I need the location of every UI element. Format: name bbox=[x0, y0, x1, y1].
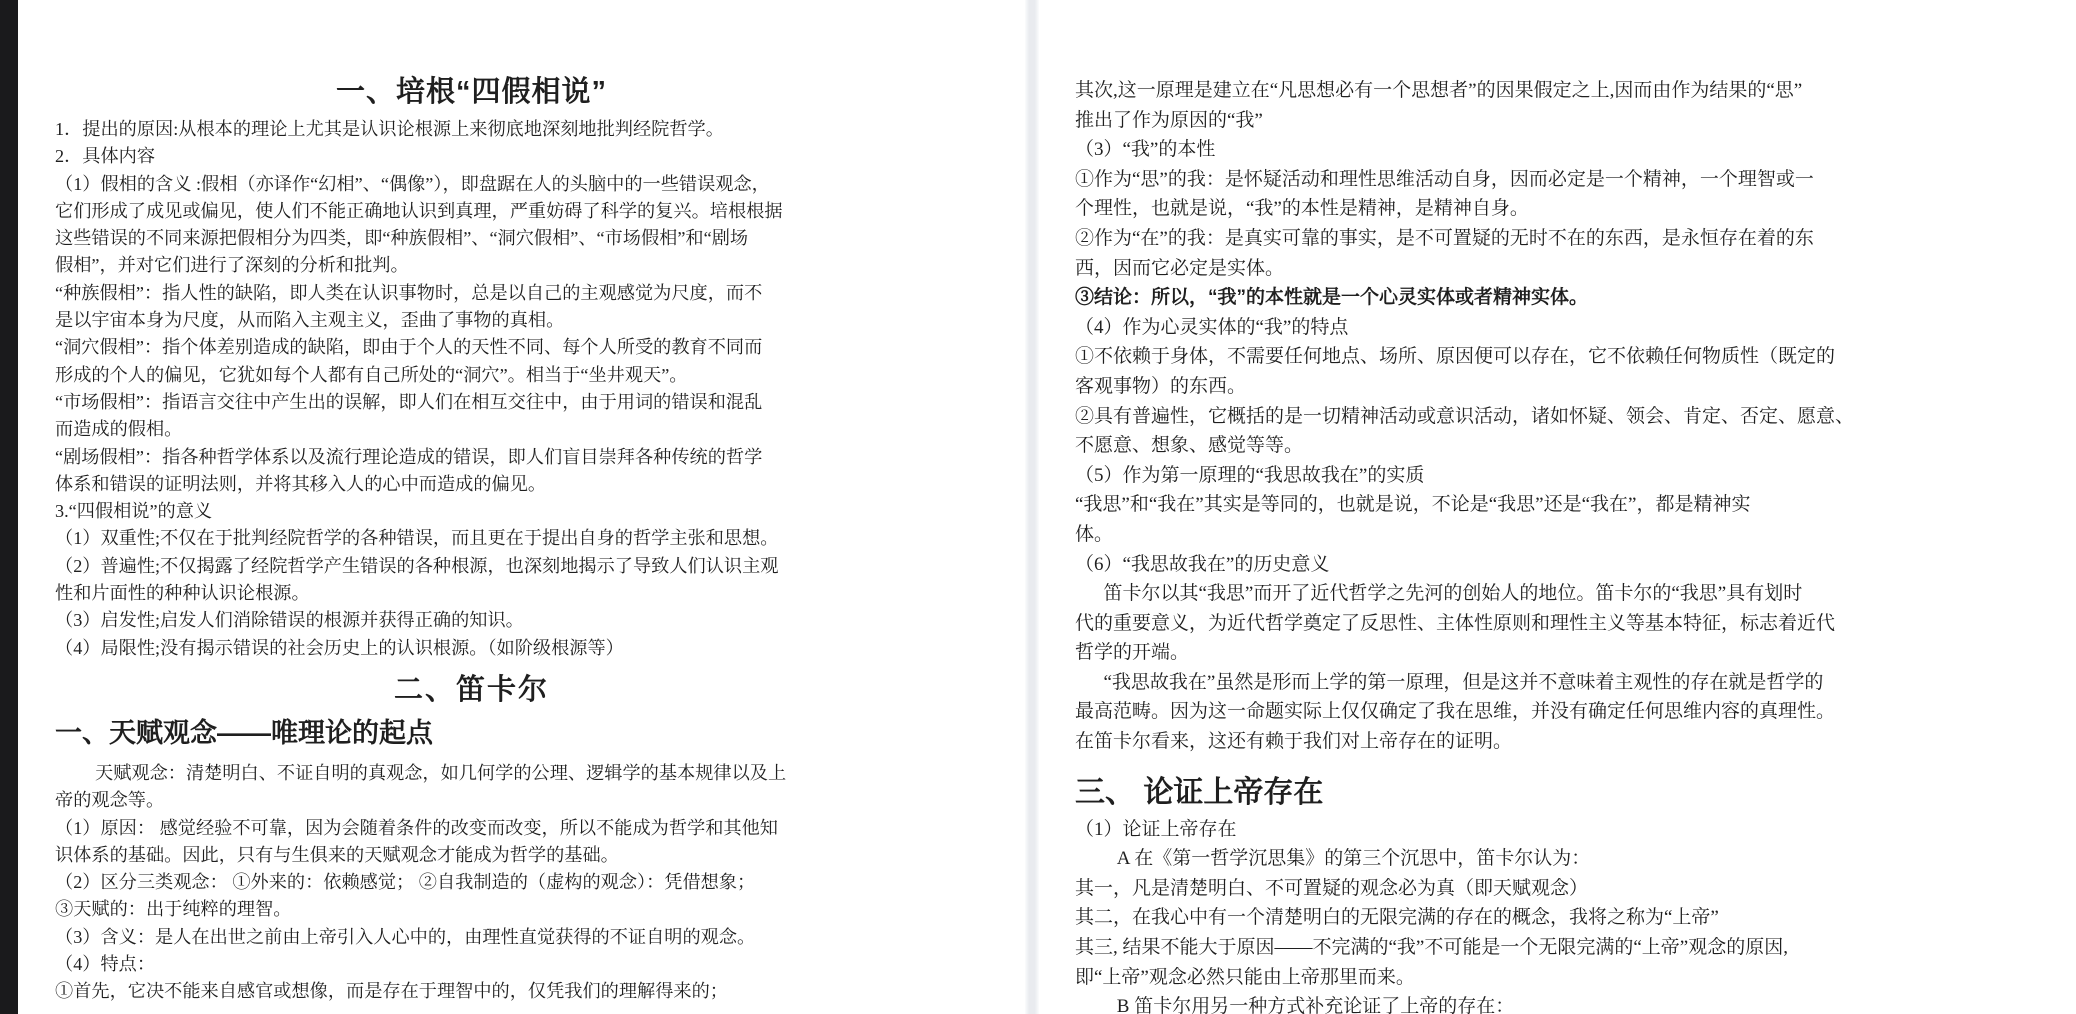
text-line: 形成的个人的偏见，它犹如每个人都有自己所处的“洞穴”。相当于“坐井观天”。 bbox=[55, 362, 888, 389]
text-line: 是以宇宙本身为尺度，从而陷入主观主义，歪曲了事物的真相。 bbox=[55, 307, 888, 334]
text-line: 不愿意、想象、感觉等等。 bbox=[1075, 431, 2048, 461]
text-line: 最高范畴。因为这一命题实际上仅仅确定了我在思维，并没有确定任何思维内容的真理性。 bbox=[1075, 697, 2048, 727]
subsection-heading-innate-ideas: 一、天赋观念——唯理论的起点 bbox=[55, 716, 888, 750]
text-line: ①不依赖于身体，不需要任何地点、场所、原因便可以存在，它不依赖任何物质性（既定的 bbox=[1075, 342, 2048, 372]
text-line: 这些错误的不同来源把假相分为四类，即“种族假相”、“洞穴假相”、“市场假相”和“… bbox=[55, 225, 888, 252]
text-line: 其次,这一原理是建立在“凡思想必有一个思想者”的因果假定之上,因而由作为结果的“… bbox=[1075, 76, 2048, 106]
text-line: （1）双重性;不仅在于批判经院哲学的各种错误，而且更在于提出自身的哲学主张和思想… bbox=[55, 525, 888, 552]
text-line: （1）假相的含义 :假相（亦译作“幻相”、“偶像”），即盘踞在人的头脑中的一些错… bbox=[55, 171, 888, 198]
text-line: B 笛卡尔用另一种方式补充论证了上帝的存在： bbox=[1075, 992, 2048, 1014]
text-line: A 在《第一哲学沉思集》的第三个沉思中，笛卡尔认为： bbox=[1075, 844, 2048, 874]
text-line: （2）普遍性;不仅揭露了经院哲学产生错误的各种根源，也深刻地揭示了导致人们认识主… bbox=[55, 553, 888, 580]
text-line: “洞穴假相”：指个体差别造成的缺陷，即由于个人的天性不同、每个人所受的教育不同而 bbox=[55, 334, 888, 361]
text-line: （3）含义：是人在出世之前由上帝引入人心中的，由理性直觉获得的不证自明的观念。 bbox=[55, 924, 888, 951]
text-line: 识体系的基础。因此，只有与生俱来的天赋观念才能成为哲学的基础。 bbox=[55, 842, 888, 869]
text-line: 它们形成了成见或偏见，使人们不能正确地认识到真理，严重妨碍了科学的复兴。培根根据 bbox=[55, 198, 888, 225]
document-page-1: 一、培根“四假相说”1．提出的原因:从根本的理论上尤其是认识论根源上来彻底地深刻… bbox=[18, 0, 1025, 1014]
section-title-bacon: 一、培根“四假相说” bbox=[55, 74, 888, 110]
text-line: 性和片面性的种种认识论根源。 bbox=[55, 580, 888, 607]
text-line: 1．提出的原因:从根本的理论上尤其是认识论根源上来彻底地深刻地批判经院哲学。 bbox=[55, 116, 888, 143]
text-line: （3）“我”的本性 bbox=[1075, 135, 2048, 165]
text-line: 3.“四假相说”的意义 bbox=[55, 498, 888, 525]
text-line: （1）论证上帝存在 bbox=[1075, 815, 2048, 845]
text-line: 笛卡尔以其“我思”而开了近代哲学之先河的创始人的地位。笛卡尔的“我思”具有划时 bbox=[1075, 579, 2048, 609]
page-1-content: 一、培根“四假相说”1．提出的原因:从根本的理论上尤其是认识论根源上来彻底地深刻… bbox=[18, 0, 888, 1006]
text-line: “市场假相”：指语言交往中产生出的误解，即人们在相互交往中，由于用词的错误和混乱 bbox=[55, 389, 888, 416]
text-line: “我思故我在”虽然是形而上学的第一原理，但是这并不意味着主观性的存在就是哲学的 bbox=[1075, 668, 2048, 698]
text-line: 西，因而它必定是实体。 bbox=[1075, 254, 2048, 284]
text-line: 假相”，并对它们进行了深刻的分析和批判。 bbox=[55, 252, 888, 279]
text-line: （3）启发性;启发人们消除错误的根源并获得正确的知识。 bbox=[55, 607, 888, 634]
text-line: 哲学的开端。 bbox=[1075, 638, 2048, 668]
text-line: 客观事物）的东西。 bbox=[1075, 372, 2048, 402]
document-page-2: 其次,这一原理是建立在“凡思想必有一个思想者”的因果假定之上,因而由作为结果的“… bbox=[1039, 0, 2076, 1014]
bold-conclusion-line: ③结论：所以，“我”的本性就是一个心灵实体或者精神实体。 bbox=[1075, 283, 2048, 313]
text-line: 个理性，也就是说，“我”的本性是精神，是精神自身。 bbox=[1075, 194, 2048, 224]
text-line: “我思”和“我在”其实是等同的，也就是说，不论是“我思”还是“我在”，都是精神实 bbox=[1075, 490, 2048, 520]
text-line: 即“上帝”观念必然只能由上帝那里而来。 bbox=[1075, 963, 2048, 993]
text-line: 体系和错误的证明法则，并将其移入人的心中而造成的偏见。 bbox=[55, 471, 888, 498]
text-line: （6）“我思故我在”的历史意义 bbox=[1075, 550, 2048, 580]
text-line: 帝的观念等。 bbox=[55, 787, 888, 814]
text-line: 天赋观念：清楚明白、不证自明的真观念，如几何学的公理、逻辑学的基本规律以及上 bbox=[55, 760, 888, 787]
pdf-two-page-scroll-area[interactable]: 一、培根“四假相说”1．提出的原因:从根本的理论上尤其是认识论根源上来彻底地深刻… bbox=[18, 0, 2076, 1014]
text-line: （5）作为第一原理的“我思故我在”的实质 bbox=[1075, 461, 2048, 491]
window-edge-strip bbox=[0, 0, 18, 1014]
text-line: ②作为“在”的我：是真实可靠的事实，是不可置疑的无时不在的东西，是永恒存在着的东 bbox=[1075, 224, 2048, 254]
text-line: 在笛卡尔看来，这还有赖于我们对上帝存在的证明。 bbox=[1075, 727, 2048, 757]
text-line: 其一，凡是清楚明白、不可置疑的观念必为真（即天赋观念） bbox=[1075, 874, 2048, 904]
text-line: 而造成的假相。 bbox=[55, 416, 888, 443]
page-2-content: 其次,这一原理是建立在“凡思想必有一个思想者”的因果假定之上,因而由作为结果的“… bbox=[1039, 0, 2076, 1014]
text-line: ①作为“思”的我：是怀疑活动和理性思维活动自身，因而必定是一个精神，一个理智或一 bbox=[1075, 165, 2048, 195]
text-line: 推出了作为原因的“我” bbox=[1075, 106, 2048, 136]
page-gap-divider bbox=[1025, 0, 1039, 1014]
text-line: （2）区分三类观念： ①外来的：依赖感觉； ②自我制造的（虚构的观念）：凭借想象… bbox=[55, 869, 888, 896]
text-line: 2．具体内容 bbox=[55, 143, 888, 170]
text-line: ③天赋的：出于纯粹的理智。 bbox=[55, 896, 888, 923]
text-line: 体。 bbox=[1075, 520, 2048, 550]
text-line: （4）作为心灵实体的“我”的特点 bbox=[1075, 313, 2048, 343]
text-line: “剧场假相”：指各种哲学体系以及流行理论造成的错误，即人们盲目崇拜各种传统的哲学 bbox=[55, 444, 888, 471]
text-line: 其二，在我心中有一个清楚明白的无限完满的存在的概念，我将之称为“上帝” bbox=[1075, 903, 2048, 933]
text-line: （4）特点： bbox=[55, 951, 888, 978]
text-line: 代的重要意义，为近代哲学奠定了反思性、主体性原则和理性主义等基本特征，标志着近代 bbox=[1075, 609, 2048, 639]
document-viewer: 一、培根“四假相说”1．提出的原因:从根本的理论上尤其是认识论根源上来彻底地深刻… bbox=[0, 0, 2076, 1014]
text-line: 其三, 结果不能大于原因——不完满的“我”不可能是一个无限完满的“上帝”观念的原… bbox=[1075, 933, 2048, 963]
text-line: （4）局限性;没有揭示错误的社会历史上的认识根源。（如阶级根源等） bbox=[55, 635, 888, 662]
text-line: （1）原因： 感觉经验不可靠，因为会随着条件的改变而改变，所以不能成为哲学和其他… bbox=[55, 815, 888, 842]
text-line: ①首先，它决不能来自感官或想像，而是存在于理智中的，仅凭我们的理解得来的； bbox=[55, 978, 888, 1005]
text-line: ②具有普遍性，它概括的是一切精神活动或意识活动，诸如怀疑、领会、肯定、否定、愿意… bbox=[1075, 402, 2048, 432]
text-line: “种族假相”：指人性的缺陷，即人类在认识事物时，总是以自己的主观感觉为尺度，而不 bbox=[55, 280, 888, 307]
subsection-heading-god-proof: 三、 论证上帝存在 bbox=[1075, 773, 2048, 813]
section-title-descartes: 二、笛卡尔 bbox=[55, 672, 888, 708]
